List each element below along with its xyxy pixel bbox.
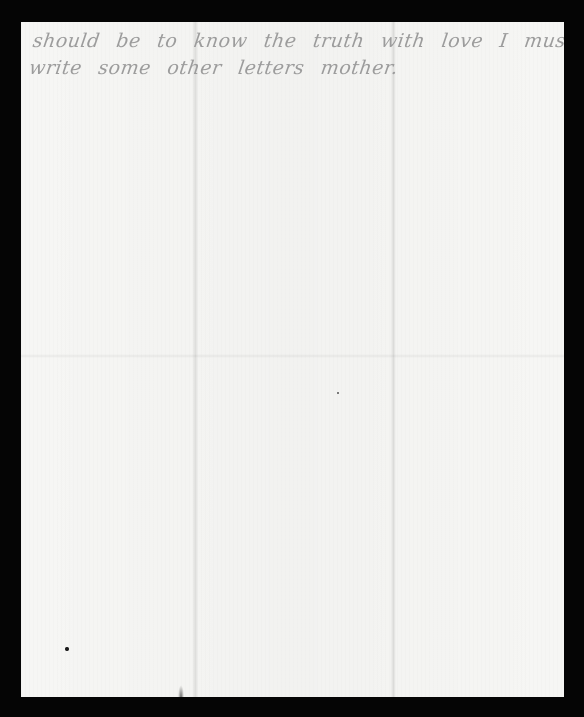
fold-tear-mark [178, 685, 184, 697]
handwritten-line-1: should be to know the truth with love I … [31, 28, 558, 55]
vertical-fold-crease-right [390, 22, 396, 697]
vertical-fold-crease-left [192, 22, 198, 697]
letter-page: should be to know the truth with love I … [21, 22, 564, 697]
scan-background: should be to know the truth with love I … [0, 0, 584, 717]
handwritten-text: should be to know the truth with love I … [27, 28, 558, 82]
handwritten-line-2: write some other letters mother. [27, 55, 554, 82]
paper-speck [337, 392, 339, 394]
ink-spot [65, 647, 69, 651]
horizontal-fold-crease [21, 354, 564, 358]
